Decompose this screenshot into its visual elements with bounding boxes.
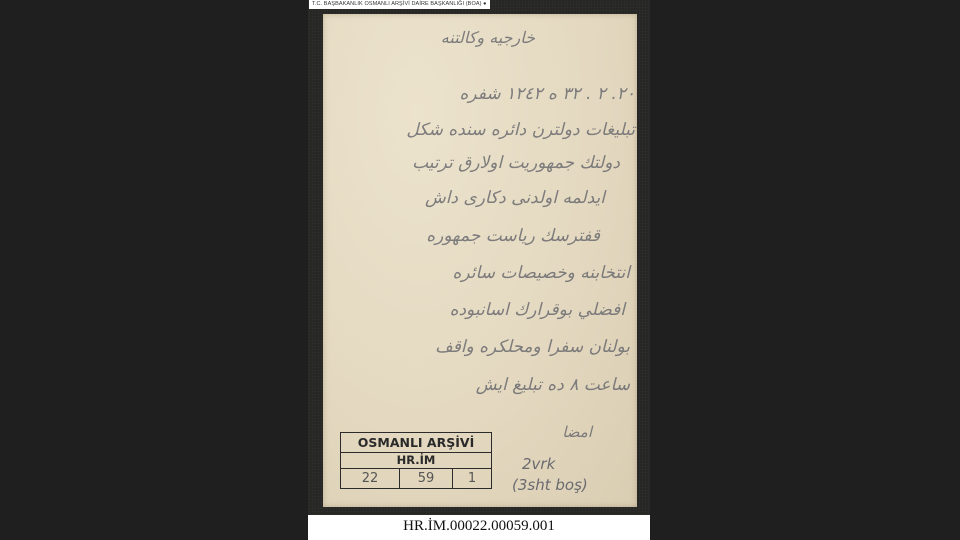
archive-watermark: T.C. BAŞBAKANLIK OSMANLI ARŞİVİ DAİRE BA…: [309, 0, 490, 9]
stamp-title: OSMANLI ARŞİVİ: [341, 433, 491, 453]
handwriting-line-2: ٢٠. ٢ . ٣٢ ه ١٢٤٢ شفره: [460, 84, 636, 104]
stamp-page: 1: [453, 469, 491, 488]
stamp-dossier: 22: [341, 469, 400, 488]
handwriting-line-5: ايدلمه اولدنى دكارى داش: [425, 188, 605, 208]
handwriting-line-7: انتخابنه وخصيصات سائره: [453, 263, 630, 283]
handwriting-line-3: تبليغات دولترن دائره سنده شكل: [406, 120, 635, 140]
stamp-numbers: 22 59 1: [341, 469, 491, 488]
handwriting-line-10: ساعت ٨ ده تبليغ ايش: [476, 375, 630, 395]
handwriting-line-8: افضلي بوقرارك اسانبوده: [450, 300, 625, 320]
handwriting-signature: امضا: [562, 423, 592, 441]
handwriting-line-1: خارجيه وكالتنه: [441, 28, 535, 47]
stamp-shirt: 59: [400, 469, 453, 488]
stamp-fond: HR.İM: [341, 453, 491, 469]
archive-stamp: OSMANLI ARŞİVİ HR.İM 22 59 1: [340, 432, 492, 489]
handwriting-line-9: بولنان سفرا ومحلكره واقف: [435, 337, 630, 357]
handwriting-line-4: دولتك جمهوريت اولارق ترتيب: [412, 153, 620, 173]
margin-note-blank: (3sht boş): [512, 476, 588, 494]
document-reference-caption: HR.İM.00022.00059.001: [308, 515, 650, 540]
margin-note-pages: 2vrk: [522, 455, 555, 473]
handwriting-line-6: قفترسك رياست جمهوره: [426, 226, 600, 246]
